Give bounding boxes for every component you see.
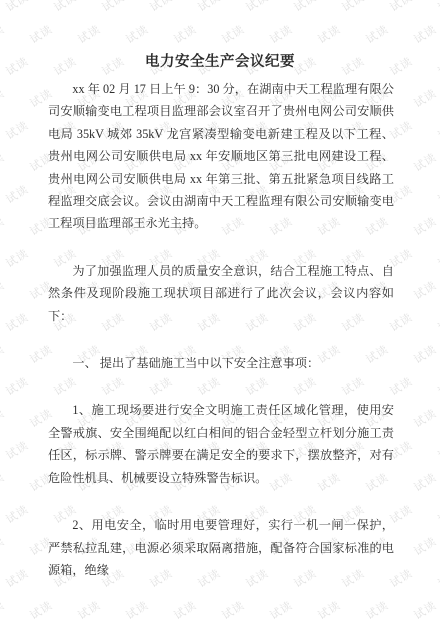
watermark-text: 试读 [243,0,272,15]
paragraph: xx 年 02 月 17 日上午 9：30 分，在湖南中天工程监理有限公司安顺输… [48,78,394,235]
watermark-text: 试读 [27,597,56,620]
watermark-text: 试读 [171,21,200,47]
watermark-text: 试读 [363,21,392,47]
paragraph: 2、用电安全，临时用电要管理好，实行一机一闸一保护，严禁私拉乱建，电源必须采取隔… [48,514,394,581]
document-title: 电力安全生产会议纪要 [0,52,440,72]
watermark-text: 试读 [99,0,128,15]
watermark-text: 试读 [195,0,224,15]
watermark-text: 试读 [0,597,7,620]
watermark-text: 试读 [387,0,416,15]
paragraph: 1、施工现场要进行安全文明施工责任区域化管理，使用安全警戒旗、安全围绳配以红白相… [48,399,394,489]
watermark-text: 试读 [411,597,440,620]
watermark-text: 试读 [171,597,200,620]
watermark-text: 试读 [0,21,7,47]
paragraph: 一、 提出了基础施工当中以下安全注意事项： [48,352,394,374]
watermark-text: 试读 [75,21,104,47]
watermark-text: 试读 [291,0,320,15]
document-body: xx 年 02 月 17 日上午 9：30 分，在湖南中天工程监理有限公司安顺输… [0,78,440,581]
watermark-text: 试读 [219,597,248,620]
watermark-text: 试读 [315,21,344,47]
watermark-text: 试读 [51,0,80,15]
watermark-text: 试读 [315,597,344,620]
watermark-text: 试读 [411,21,440,47]
watermark-text: 试读 [147,0,176,15]
watermark-text: 试读 [27,21,56,47]
watermark-text: 试读 [219,21,248,47]
watermark-text: 试读 [123,597,152,620]
watermark-text: 试读 [267,597,296,620]
watermark-text: 试读 [435,0,440,15]
watermark-text: 试读 [339,0,368,15]
watermark-text: 试读 [363,597,392,620]
watermark-text: 试读 [3,0,32,15]
watermark-text: 试读 [123,21,152,47]
paragraph: 为了加强监理人员的质量安全意识，结合工程施工特点、自然条件及现阶段施工现状项目部… [48,260,394,327]
document-page: 试读试读试读试读试读试读试读试读试读试读试读试读试读试读试读试读试读试读试读试读… [0,0,440,620]
watermark-text: 试读 [267,21,296,47]
watermark-text: 试读 [75,597,104,620]
